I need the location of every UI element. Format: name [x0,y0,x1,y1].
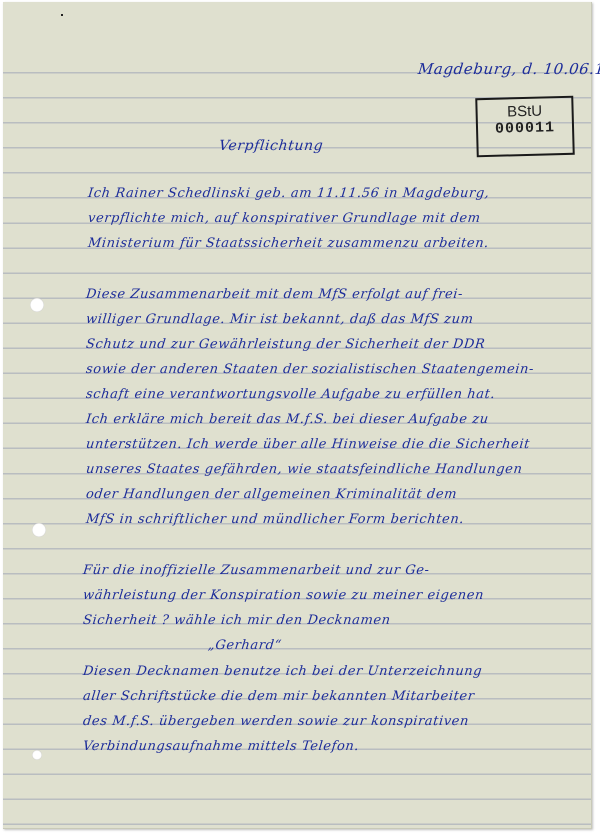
text-line: Diese Zusammenarbeit mit dem MfS erfolgt… [85,287,464,302]
text-line: Diesen Decknamen benutze ich bei der Unt… [82,664,483,679]
text-line: des M.f.S. übergeben werden sowie zur ko… [82,714,469,729]
text-line: Sicherheit ? wähle ich mir den Decknamen [82,613,391,628]
text-line: Ich erkläre mich bereit das M.f.S. bei d… [85,412,489,427]
punch-hole-top [30,298,44,312]
place-date: Magdeburg, d. 10.06.1979 [417,60,600,78]
cover-name: „Gerhard“ [207,638,282,653]
archive-stamp: BStU 000011 [475,96,575,158]
text-line: schaft eine verantwortungsvolle Aufgabe … [85,387,496,402]
text-line: Für die inoffizielle Zusammenarbeit und … [82,563,430,578]
text-line: Verbindungsaufnahme mittels Telefon. [82,739,360,754]
text-line: MfS in schriftlicher und mündlicher Form… [85,512,465,527]
text-line: unterstützen. Ich werde über alle Hinwei… [85,437,530,452]
text-line: williger Grundlage. Mir ist bekannt, daß… [85,312,474,327]
text-line: währleistung der Konspiration sowie zu m… [82,588,485,603]
text-line: verpflichte mich, auf konspirativer Grun… [87,211,481,226]
punch-hole-middle [32,523,46,537]
text-line: unseres Staates gefährden, wie staatsfei… [85,462,523,477]
text-line: oder Handlungen der allgemeinen Kriminal… [85,487,458,502]
text-line: Schutz und zur Gewährleistung der Sicher… [85,337,486,352]
text-line: Ministerium für Staatssicherheit zusamme… [87,236,489,251]
handwritten-page: Magdeburg, d. 10.06.1979 BStU 000011 Ver… [3,2,592,829]
document-title: Verpflichtung [218,138,324,154]
text-line: aller Schriftstücke die dem mir bekannte… [82,689,475,704]
punch-hole-bottom [32,750,42,760]
text-line: Ich Rainer Schedlinski geb. am 11.11.56 … [87,186,490,201]
stamp-number: 000011 [478,119,572,139]
text-line: sowie der anderen Staaten der sozialisti… [85,362,535,377]
ink-speck [61,14,63,16]
